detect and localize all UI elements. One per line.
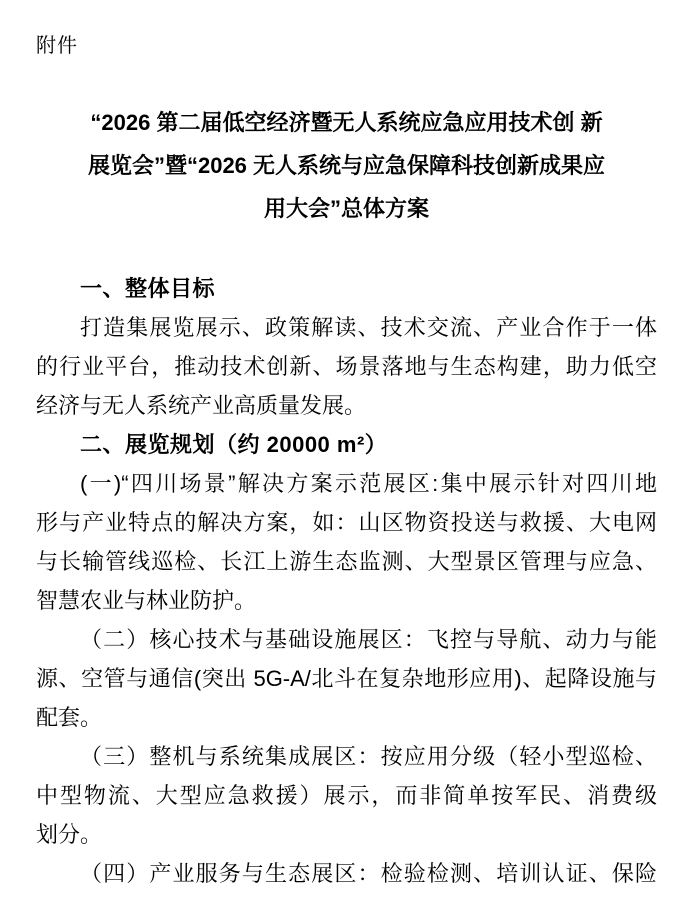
- section-heading-overall-goal: 一、整体目标: [36, 269, 657, 308]
- body-line: 源、空管与通信(突出 5G-A/北斗在复杂地形应用)、起降设施与: [36, 659, 657, 698]
- body-line: 配套。: [36, 698, 657, 737]
- document-title-line: 展览会”暨“2026 无人系统与应急保障科技创新成果应: [36, 144, 657, 187]
- body-line: 形与产业特点的解决方案，如：山区物资投送与救援、大电网: [36, 503, 657, 542]
- document-page: 附件 “2026 第二届低空经济暨无人系统应急应用技术创 新 展览会”暨“202…: [0, 0, 693, 917]
- body-line: （三）整机与系统集成展区：按应用分级（轻小型巡检、: [36, 737, 657, 776]
- body-line: 打造集展览展示、政策解读、技术交流、产业合作于一体: [36, 308, 657, 347]
- body-line: 划分。: [36, 815, 657, 854]
- document-body: 一、整体目标 打造集展览展示、政策解读、技术交流、产业合作于一体 的行业平台，推…: [36, 269, 657, 893]
- body-line: (一)“四川场景”解决方案示范展区:集中展示针对四川地: [36, 464, 657, 503]
- body-line: 与长输管线巡检、长江上游生态监测、大型景区管理与应急、: [36, 542, 657, 581]
- document-title-line: 用大会”总体方案: [36, 187, 657, 230]
- body-line: 中型物流、大型应急救援）展示，而非简单按军民、消费级: [36, 776, 657, 815]
- body-line: （四）产业服务与生态展区：检验检测、培训认证、保险: [36, 854, 657, 893]
- body-line: （二）核心技术与基础设施展区：飞控与导航、动力与能: [36, 620, 657, 659]
- section-heading-exhibition-plan: 二、展览规划（约 20000 m²）: [36, 425, 657, 464]
- body-line: 的行业平台，推动技术创新、场景落地与生态构建，助力低空: [36, 347, 657, 386]
- attachment-label: 附件: [36, 32, 78, 60]
- document-title-line: “2026 第二届低空经济暨无人系统应急应用技术创 新: [36, 101, 657, 144]
- document-title: “2026 第二届低空经济暨无人系统应急应用技术创 新 展览会”暨“2026 无…: [36, 101, 657, 230]
- body-line: 经济与无人系统产业高质量发展。: [36, 386, 657, 425]
- body-line: 智慧农业与林业防护。: [36, 581, 657, 620]
